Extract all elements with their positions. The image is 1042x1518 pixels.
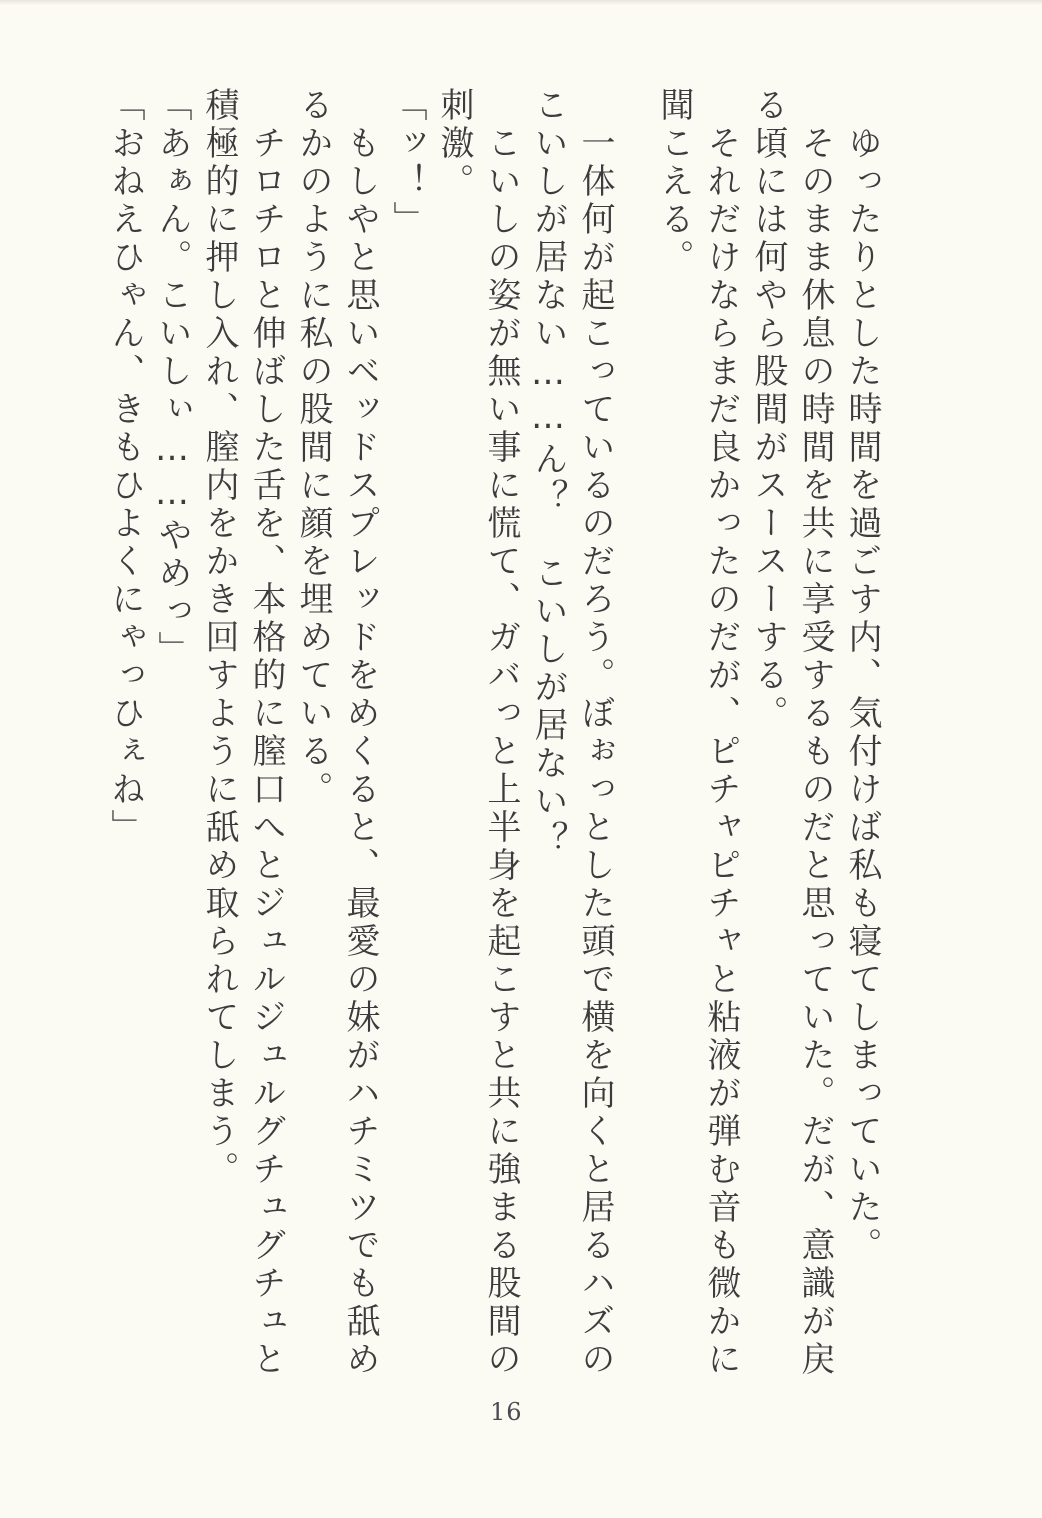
text-column: るかのように私の股間に顔を埋めている。 [289, 87, 336, 1387]
page-number: 16 [490, 1398, 550, 1426]
text-column: 「おねえひゃん、きもひよくにゃっひぇね」 [101, 87, 148, 1387]
text-column: こいしが居ない……ん？ こいしが居ない？ [524, 87, 571, 1387]
text-column: チロチロと伸ばした舌を、本格的に膣口へとジュルジュルグチュグチュと [242, 87, 289, 1387]
text-column: 一体何が起こっているのだろう。ぼぉっとした頭で横を向くと居るハズの [571, 87, 618, 1387]
text-column: 積極的に押し入れ、膣内をかき回すように舐め取られてしまう。 [195, 87, 242, 1387]
text-column: る頃には何やら股間がスースーする。 [744, 87, 791, 1387]
text-column: ゆったりとした時間を過ごす内、気付けば私も寝てしまっていた。 [838, 87, 885, 1387]
text-column: 「ッ！」 [383, 87, 430, 1387]
scan-edge [0, 0, 1042, 5]
text-column: それだけならまだ良かったのだが、ピチャピチャと粘液が弾む音も微かに [697, 87, 744, 1387]
text-column: そのまま休息の時間を共に享受するものだと思っていた。だが、意識が戻 [791, 87, 838, 1387]
body-text: ゆったりとした時間を過ごす内、気付けば私も寝てしまっていた。 そのまま休息の時間… [113, 87, 885, 1387]
text-column: 刺激。 [430, 87, 477, 1387]
text-column: 「あぁん。こいしぃ……やめっ」 [148, 87, 195, 1387]
text-column: こいしの姿が無い事に慌て、ガバっと上半身を起こすと共に強まる股間の [477, 87, 524, 1387]
text-column: もしやと思いベッドスプレッドをめくると、最愛の妹がハチミツでも舐め [336, 87, 383, 1387]
text-column: 聞こえる。 [650, 87, 697, 1387]
